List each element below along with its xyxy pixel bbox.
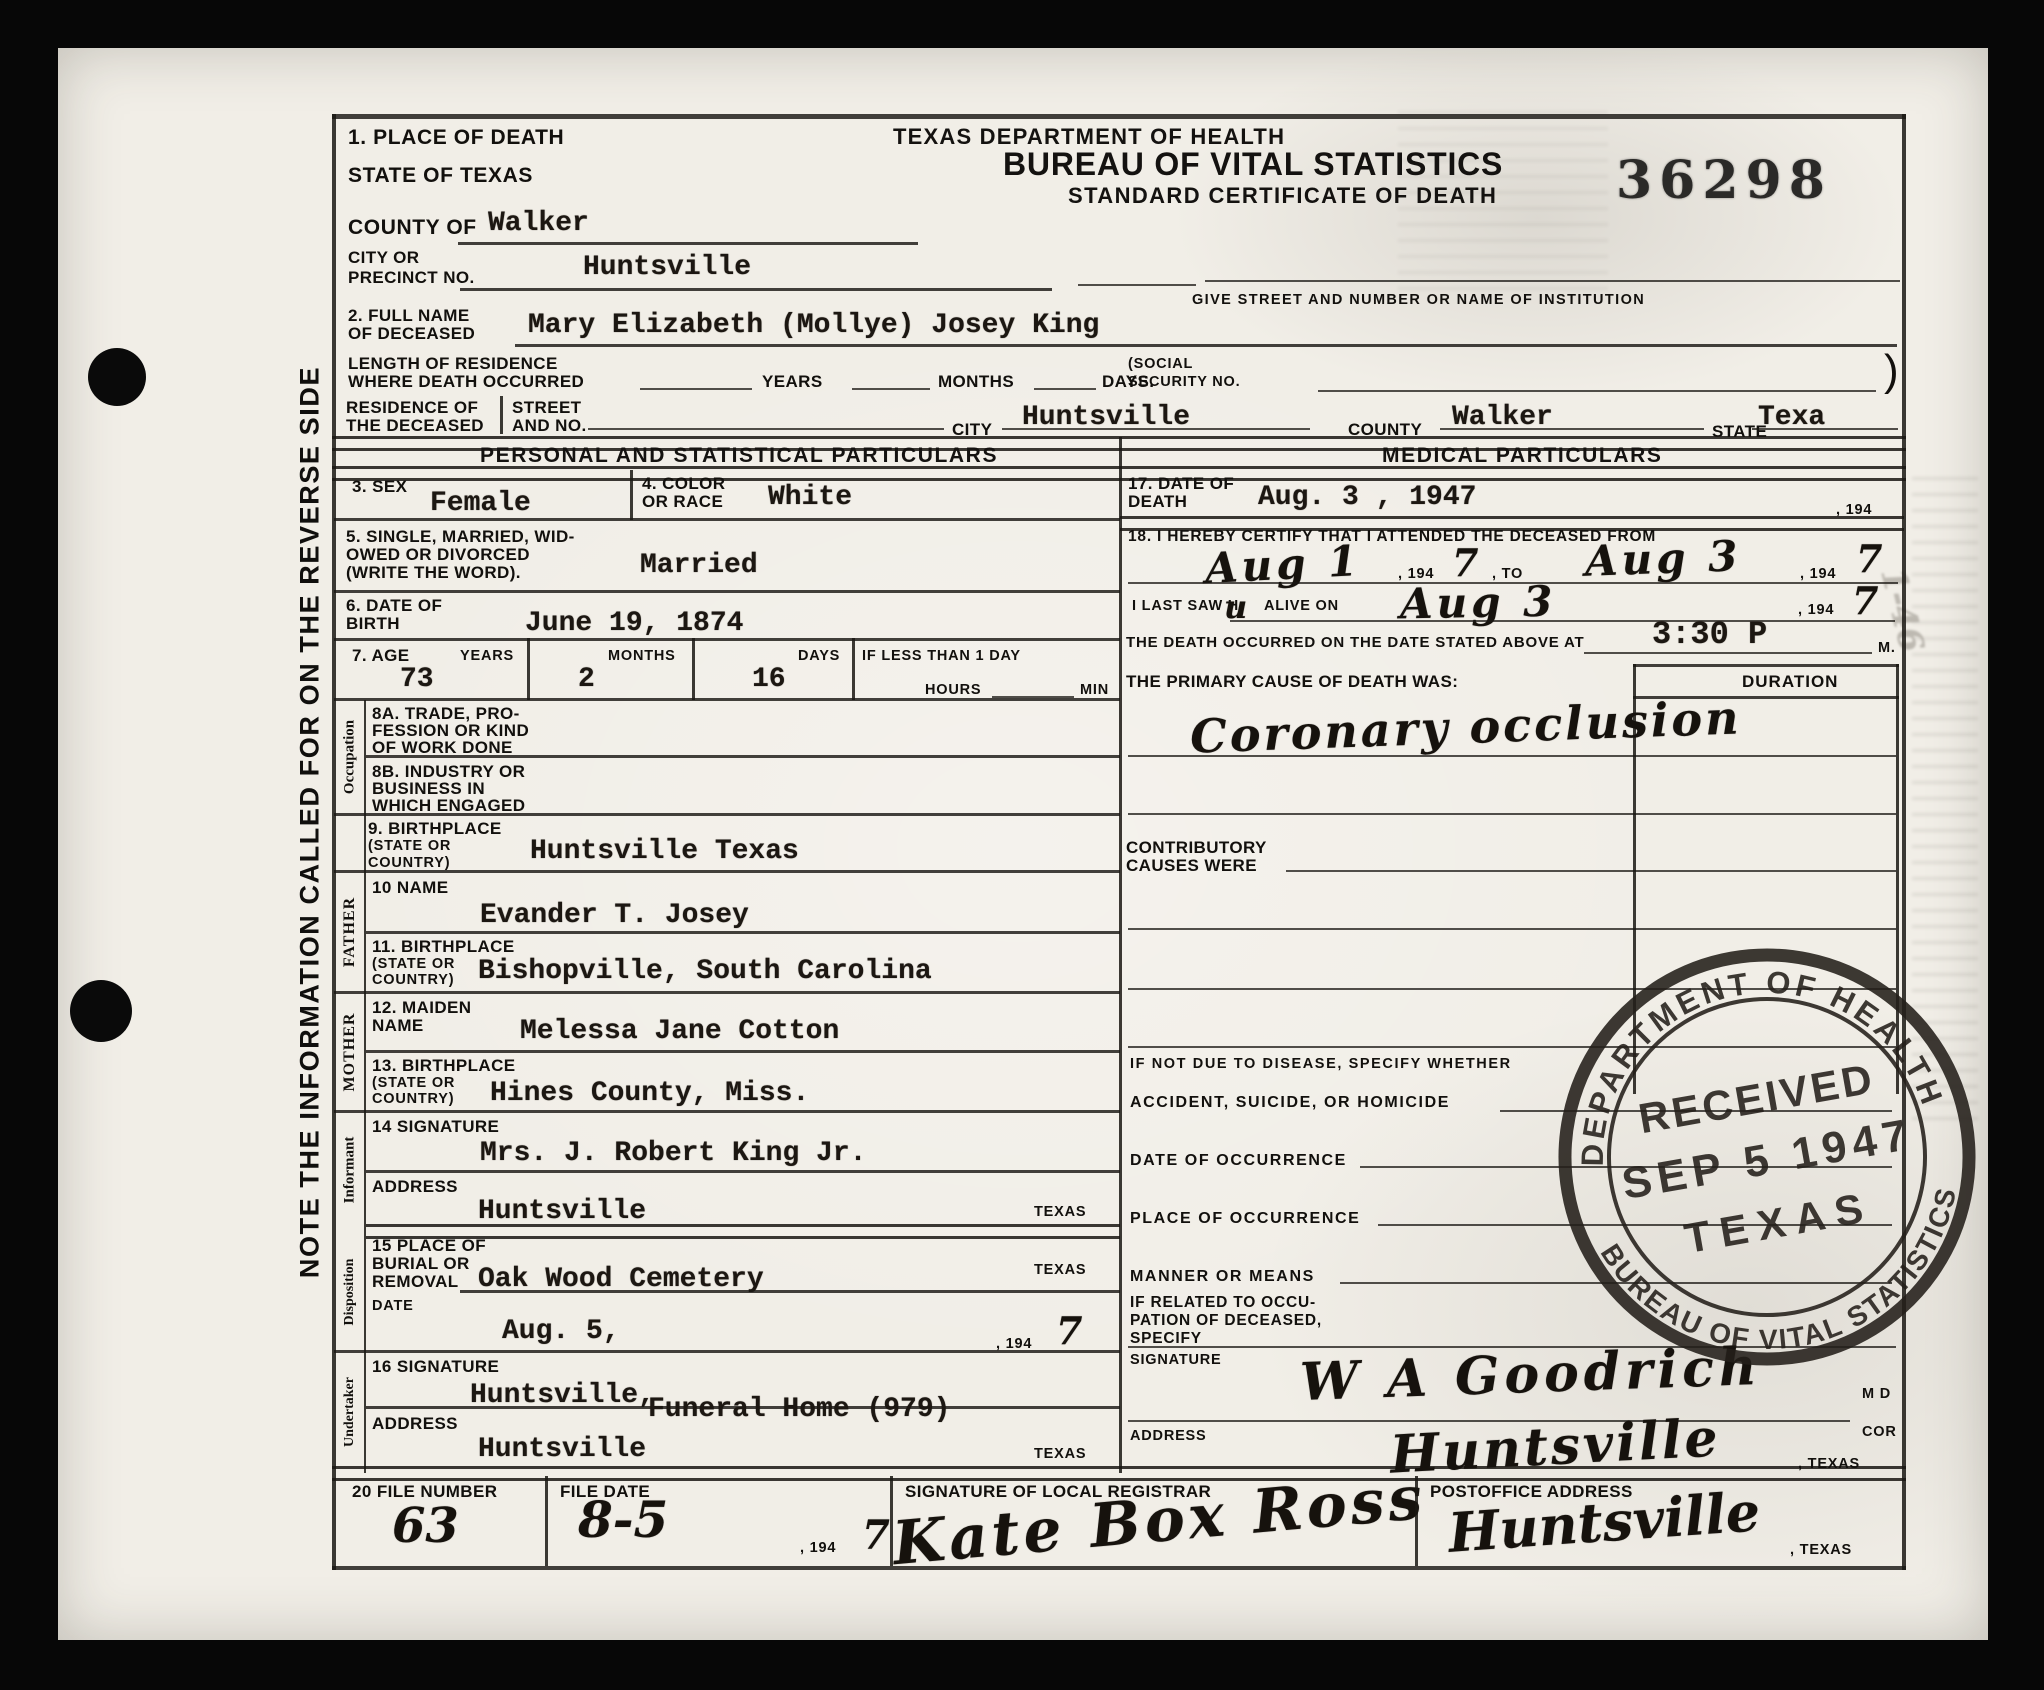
rule bbox=[334, 698, 1120, 701]
rule bbox=[1318, 390, 1876, 392]
postoffice-state: , TEXAS bbox=[1790, 1542, 1852, 1558]
rule bbox=[1128, 813, 1896, 815]
occupation-related-label-2: PATION OF DECEASED, bbox=[1130, 1312, 1322, 1330]
color-value: White bbox=[768, 482, 852, 513]
months-label: MONTHS bbox=[938, 372, 1014, 392]
rule bbox=[1034, 388, 1096, 390]
to-year-stub: , 194 bbox=[1800, 566, 1836, 582]
rule bbox=[332, 466, 1906, 481]
burial-label-2: BURIAL OR bbox=[372, 1254, 470, 1274]
rule bbox=[1286, 870, 1896, 872]
rule bbox=[332, 1566, 1906, 1570]
rule bbox=[458, 242, 918, 245]
dob-label-1: 6. DATE OF bbox=[346, 596, 442, 616]
informant-tab: Informant bbox=[342, 1137, 359, 1204]
rule bbox=[334, 590, 1120, 593]
rule bbox=[852, 388, 930, 390]
full-name-value: Mary Elizabeth (Mollye) Josey King bbox=[528, 310, 1099, 341]
informant-address-state: TEXAS bbox=[1034, 1204, 1086, 1220]
md-label: M D bbox=[1862, 1386, 1891, 1402]
city-label-1: CITY OR bbox=[348, 248, 419, 268]
social-close-paren: ) bbox=[1884, 346, 1899, 396]
burial-label-3: REMOVAL bbox=[372, 1272, 459, 1292]
date-of-death-label-1: 17. DATE OF bbox=[1128, 474, 1234, 494]
min-label: MIN bbox=[1080, 682, 1109, 698]
last-saw-year-stub: , 194 bbox=[1798, 602, 1834, 618]
rule bbox=[334, 1110, 1120, 1113]
occupation-related-label-1: IF RELATED TO OCCU- bbox=[1130, 1294, 1316, 1312]
rule bbox=[1128, 755, 1896, 757]
rule bbox=[1205, 280, 1900, 282]
rule bbox=[366, 931, 1120, 934]
death-occurred-label: THE DEATH OCCURRED ON THE DATE STATED AB… bbox=[1126, 634, 1584, 651]
last-saw-label-2: ALIVE ON bbox=[1264, 598, 1339, 614]
undertaker-address-value: Huntsville bbox=[478, 1434, 646, 1465]
color-label-1: 4. COLOR bbox=[642, 474, 726, 494]
undertaker-signature-value-2: Funeral Home (979) bbox=[648, 1394, 950, 1425]
dob-value: June 19, 1874 bbox=[525, 608, 743, 639]
rule bbox=[1752, 428, 1898, 430]
marital-label-2: OWED OR DIVORCED bbox=[346, 545, 530, 565]
maiden-label-1: 12. MAIDEN bbox=[372, 998, 471, 1018]
maiden-value: Melessa Jane Cotton bbox=[520, 1016, 839, 1047]
burial-state: TEXAS bbox=[1034, 1262, 1086, 1278]
father-birthplace-sub-2: COUNTRY) bbox=[372, 972, 454, 988]
undertaker-tab: Undertaker bbox=[342, 1377, 358, 1447]
file-number-value: 63 bbox=[392, 1498, 459, 1554]
rule bbox=[1584, 652, 1872, 654]
residence-length-label-1: LENGTH OF RESIDENCE bbox=[348, 354, 558, 374]
scanned-death-certificate: 1-46 NOTE THE INFORMATION CALLED FOR ON … bbox=[0, 0, 2044, 1690]
dob-label-2: BIRTH bbox=[346, 614, 400, 634]
street-label-2: AND NO. bbox=[512, 416, 587, 436]
rule bbox=[588, 428, 944, 430]
rule bbox=[366, 1170, 1120, 1173]
file-date-year-hand: 7 bbox=[862, 1512, 890, 1559]
maiden-label-2: NAME bbox=[372, 1016, 424, 1036]
burial-label-1: 15 PLACE OF bbox=[372, 1236, 486, 1256]
mother-tab: MOTHER bbox=[341, 1013, 359, 1092]
father-tab: FATHER bbox=[341, 897, 359, 967]
father-name-value: Evander T. Josey bbox=[480, 900, 749, 931]
rule bbox=[332, 114, 1906, 119]
mother-birthplace-sub-1: (STATE OR bbox=[372, 1075, 455, 1091]
rule bbox=[545, 1476, 548, 1566]
certificate-number: 36298 bbox=[1616, 150, 1832, 211]
rule bbox=[460, 1290, 1120, 1293]
mother-birthplace-sub-2: COUNTRY) bbox=[372, 1091, 454, 1107]
rule bbox=[460, 288, 1052, 291]
social-label-2: SECURITY NO. bbox=[1128, 374, 1240, 390]
reverse-side-note: NOTE THE INFORMATION CALLED FOR ON THE R… bbox=[295, 366, 326, 1278]
cor-label: COR bbox=[1862, 1424, 1897, 1440]
place-occurrence-label: PLACE OF OCCURRENCE bbox=[1130, 1210, 1360, 1228]
punch-hole-bottom bbox=[70, 980, 132, 1042]
manner-label: MANNER OR MEANS bbox=[1130, 1268, 1315, 1286]
date-of-death-value: Aug. 3 , 1947 bbox=[1258, 482, 1476, 513]
contributory-label-1: CONTRIBUTORY bbox=[1126, 838, 1267, 858]
birthplace-sub-2: COUNTRY) bbox=[368, 855, 450, 871]
date-occurrence-label: DATE OF OCCURRENCE bbox=[1130, 1152, 1347, 1170]
last-saw-year-hand: 7 bbox=[1852, 578, 1878, 623]
age-days-value: 16 bbox=[752, 664, 786, 695]
age-months-label: MONTHS bbox=[608, 648, 676, 664]
physician-address-label: ADDRESS bbox=[1130, 1428, 1207, 1444]
rule bbox=[334, 1350, 1120, 1353]
age-months-value: 2 bbox=[578, 664, 595, 695]
rule bbox=[640, 388, 752, 390]
marital-label-3: (WRITE THE WORD). bbox=[346, 563, 521, 583]
attended-to-date: Aug 3 bbox=[1584, 531, 1742, 585]
rule bbox=[1230, 620, 1895, 622]
rule bbox=[1078, 284, 1196, 286]
state-of-texas-label: STATE OF TEXAS bbox=[348, 164, 533, 188]
physician-signature-label: SIGNATURE bbox=[1130, 1352, 1222, 1368]
physician-address-state: , TEXAS bbox=[1798, 1456, 1860, 1472]
rule bbox=[1415, 1476, 1418, 1566]
informant-address-label: ADDRESS bbox=[372, 1177, 458, 1197]
undertaker-signature-label: 16 SIGNATURE bbox=[372, 1357, 499, 1377]
accident-label: ACCIDENT, SUICIDE, OR HOMICIDE bbox=[1130, 1094, 1450, 1112]
rule bbox=[334, 870, 1120, 873]
rule bbox=[515, 344, 1897, 347]
age-days-label: DAYS bbox=[798, 648, 840, 664]
burial-date-value: Aug. 5, bbox=[502, 1316, 620, 1347]
undertaker-address-state: TEXAS bbox=[1034, 1446, 1086, 1462]
marital-value: Married bbox=[640, 550, 758, 581]
father-birthplace-value: Bishopville, South Carolina bbox=[478, 956, 932, 987]
rule bbox=[334, 518, 1120, 521]
sex-label: 3. SEX bbox=[352, 477, 407, 497]
duration-label: DURATION bbox=[1742, 672, 1838, 692]
file-date-value: 8-5 bbox=[578, 1490, 668, 1549]
death-time-m: M. bbox=[1878, 640, 1896, 656]
punch-hole-top bbox=[88, 348, 146, 406]
rule bbox=[692, 638, 695, 700]
rule bbox=[500, 396, 503, 434]
rule bbox=[334, 813, 1120, 816]
burial-date-label: DATE bbox=[372, 1298, 414, 1314]
rule bbox=[366, 1050, 1120, 1053]
social-label-1: (SOCIAL bbox=[1128, 356, 1193, 372]
rule bbox=[852, 638, 855, 700]
personal-section-title: PERSONAL AND STATISTICAL PARTICULARS bbox=[480, 444, 998, 468]
age-label: 7. AGE bbox=[352, 646, 410, 666]
county-label: COUNTY OF bbox=[348, 216, 477, 240]
place-of-death-label: 1. PLACE OF DEATH bbox=[348, 126, 564, 150]
received-stamp: DEPARTMENT OF HEALTH BUREAU OF VITAL STA… bbox=[1516, 906, 2019, 1409]
birthplace-value: Huntsville Texas bbox=[530, 836, 799, 867]
birthplace-label: 9. BIRTHPLACE bbox=[368, 819, 502, 839]
marital-label-1: 5. SINGLE, MARRIED, WID- bbox=[346, 527, 575, 547]
certificate-title: STANDARD CERTIFICATE OF DEATH bbox=[1068, 183, 1497, 209]
hours-label: HOURS bbox=[925, 682, 981, 698]
rule bbox=[1440, 428, 1704, 430]
informant-address-value: Huntsville bbox=[478, 1196, 646, 1227]
residence-length-label-2: WHERE DEATH OCCURRED bbox=[348, 372, 584, 392]
birthplace-sub-1: (STATE OR bbox=[368, 838, 451, 854]
to-year-hand: 7 bbox=[1856, 536, 1882, 581]
city-label-2: PRECINCT NO. bbox=[348, 268, 475, 288]
father-name-label: 10 NAME bbox=[372, 878, 449, 898]
city-value: Huntsville bbox=[583, 252, 751, 283]
disposition-tab: Disposition bbox=[342, 1259, 358, 1326]
institution-note: GIVE STREET AND NUMBER OR NAME OF INSTIT… bbox=[1192, 292, 1645, 308]
years-label: YEARS bbox=[762, 372, 823, 392]
if-less-label: IF LESS THAN 1 DAY bbox=[862, 648, 1021, 664]
rule bbox=[1128, 928, 1896, 930]
rule bbox=[1002, 428, 1310, 430]
contributory-label-2: CAUSES WERE bbox=[1126, 856, 1257, 876]
father-birthplace-sub-1: (STATE OR bbox=[372, 956, 455, 972]
burial-year-hand: 7 bbox=[1056, 1308, 1082, 1353]
age-years-label: YEARS bbox=[460, 648, 514, 664]
residence-of-label-1: RESIDENCE OF bbox=[346, 398, 478, 418]
death-time-value: 3:30 P bbox=[1652, 616, 1767, 653]
residence-of-label-2: THE DECEASED bbox=[346, 416, 484, 436]
rule bbox=[527, 638, 530, 700]
rule bbox=[366, 755, 1120, 758]
mother-birthplace-label: 13. BIRTHPLACE bbox=[372, 1056, 516, 1076]
file-date-year-stub: , 194 bbox=[800, 1540, 836, 1556]
undertaker-address-label: ADDRESS bbox=[372, 1414, 458, 1434]
primary-cause-label: THE PRIMARY CAUSE OF DEATH WAS: bbox=[1126, 672, 1458, 692]
occupation-tab: Occupation bbox=[342, 720, 359, 794]
rule bbox=[630, 470, 633, 520]
bureau-title: BUREAU OF VITAL STATISTICS bbox=[1003, 146, 1503, 183]
medical-section-title: MEDICAL PARTICULARS bbox=[1382, 444, 1662, 468]
full-name-label-2: OF DECEASED bbox=[348, 324, 475, 344]
age-years-value: 73 bbox=[400, 664, 434, 695]
not-disease-label: IF NOT DUE TO DISEASE, SPECIFY WHETHER bbox=[1130, 1056, 1512, 1072]
color-label-2: OR RACE bbox=[642, 492, 723, 512]
rule bbox=[334, 638, 1120, 641]
informant-signature-label: 14 SIGNATURE bbox=[372, 1117, 499, 1137]
attended-from-date: Aug 1 bbox=[1204, 536, 1363, 593]
stamp-texas: TEXAS bbox=[1681, 1183, 1876, 1262]
date-of-death-label-2: DEATH bbox=[1128, 492, 1187, 512]
rule bbox=[334, 991, 1120, 994]
rule bbox=[1633, 664, 1899, 667]
informant-signature-value: Mrs. J. Robert King Jr. bbox=[480, 1138, 866, 1169]
mother-birthplace-value: Hines County, Miss. bbox=[490, 1078, 809, 1109]
county-value: Walker bbox=[488, 208, 589, 239]
street-label-1: STREET bbox=[512, 398, 581, 418]
father-birthplace-label: 11. BIRTHPLACE bbox=[372, 937, 515, 957]
full-name-label-1: 2. FULL NAME bbox=[348, 306, 470, 326]
sex-value: Female bbox=[430, 488, 531, 519]
